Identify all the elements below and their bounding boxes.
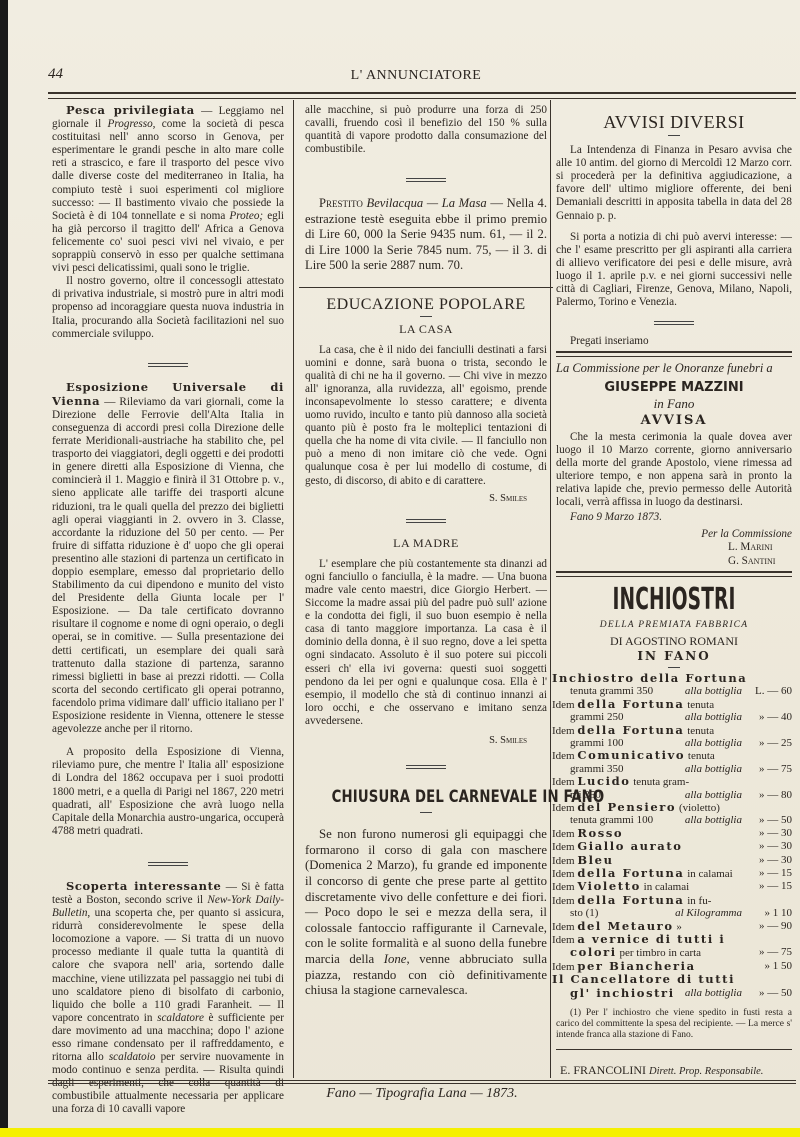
item-price: » — 40: [748, 711, 792, 723]
currency-mark: »: [765, 960, 771, 972]
item-prefix: Idem: [552, 725, 575, 737]
currency-mark: »: [759, 737, 765, 749]
item-label: Idem Giallo aurato: [552, 840, 683, 853]
currency-mark: »: [759, 867, 765, 879]
notice-text: Che la mesta cerimonia la quale dovea av…: [556, 431, 792, 510]
section-title: CHIUSURA DEL CARNEVALE IN FANO: [332, 791, 521, 804]
advert-maker: DI AGOSTINO ROMANI: [556, 635, 792, 648]
item-suffix: (violetto): [679, 802, 720, 814]
item-price: » — 15: [748, 880, 792, 893]
currency-mark: »: [759, 987, 765, 999]
item-price: » 1 10: [748, 907, 792, 919]
author-signature: S. Smiles: [305, 492, 547, 505]
price-value: — 80: [767, 789, 792, 801]
item-detail: gl' inchiostri: [552, 987, 675, 1000]
ink-name: Il Cancellatore di tutti: [552, 972, 735, 986]
ink-name: del Pensiero: [577, 800, 676, 814]
item-unit-price: alla bottiglia» — 80: [685, 789, 792, 801]
item-unit: alla bottiglia: [685, 789, 742, 801]
notice-mazzini: Pregati inseriamo La Commissione per le …: [556, 335, 792, 576]
price-value: — 75: [767, 763, 792, 775]
item-price: » — 90: [748, 920, 792, 933]
price-list: Inchiostro della Fortunatenuta grammi 35…: [552, 672, 792, 1000]
price-list-item: Idem Lucido tenuta gram-mi 350alla botti…: [552, 775, 792, 801]
currency-mark: »: [759, 789, 765, 801]
price-value: — 50: [767, 987, 792, 999]
masthead: L' ANNUNCIATORE: [40, 68, 792, 84]
section-title: EDUCAZIONE POPOLARE: [305, 298, 547, 311]
item-prefix: Idem: [552, 828, 575, 840]
price-value: — 40: [767, 711, 792, 723]
advert-inchiostri: INCHIOSTRI DELLA PREMIATA FABBRICA DI AG…: [556, 583, 792, 1079]
item-unit: alla bottiglia: [685, 737, 742, 749]
item-detail-text: colori: [570, 945, 617, 959]
price-value: 1 50: [773, 960, 792, 972]
item-label: Idem Bleu: [552, 854, 614, 867]
price-list-item: Idem Giallo aurato» — 30: [552, 840, 792, 853]
item-suffix: in calamai: [644, 881, 690, 893]
price-value: — 30: [767, 840, 792, 852]
item-suffix: »: [676, 921, 682, 933]
item-prefix: Idem: [552, 841, 575, 853]
ink-name: della Fortuna: [577, 893, 684, 907]
currency-mark: »: [759, 920, 765, 932]
price-list-item: Idem del Metauro »» — 90: [552, 920, 792, 933]
item-suffix: in fu-: [687, 895, 711, 907]
currency-mark: »: [765, 907, 771, 919]
commission-line: La Commissione per le Onoranze funebri a: [556, 362, 792, 375]
item-label: Idem della Fortuna in calamai: [552, 867, 733, 880]
item-unit-price: » — 75: [748, 946, 792, 959]
currency-mark: L.: [755, 685, 764, 697]
item-suffix: tenuta: [687, 699, 714, 711]
column-rule: [550, 100, 551, 1078]
item-label: Idem del Pensiero (violetto): [552, 801, 720, 814]
item-label: Idem Lucido tenuta gram-: [552, 775, 689, 788]
column-rule: [293, 100, 294, 1078]
item-unit: alla bottiglia: [685, 814, 742, 826]
article-text: La casa, che è il nido dei fanciulli des…: [305, 344, 547, 488]
director-role: Dirett. Prop. Responsabile.: [649, 1066, 763, 1077]
ink-name: della Fortuna: [577, 723, 684, 737]
ink-name: a vernice di tutti i: [577, 932, 725, 946]
currency-mark: »: [759, 827, 765, 839]
item-detail-text: sto (1): [570, 907, 598, 919]
item-detail-text: gl' inchiostri: [570, 986, 675, 1000]
advert-footnote: (1) Per l' inchiostro che viene spedito …: [556, 1008, 792, 1041]
article-title: Scoperta interessante: [66, 879, 221, 893]
term: scaldatoio: [109, 1051, 156, 1063]
article-vienna: Esposizione Universale di Vienna — Rilev…: [52, 381, 284, 838]
item-label: Il Cancellatore di tutti: [552, 973, 735, 986]
item-label: Idem della Fortuna tenuta: [552, 698, 714, 711]
item-suffix: tenuta: [688, 750, 715, 762]
source-name: Progresso,: [108, 118, 156, 130]
section-title: AVVISI DIVERSI: [556, 116, 792, 129]
price-list-item: Idem a vernice di tutti icolori per timb…: [552, 933, 792, 960]
item-suffix: tenuta: [687, 725, 714, 737]
signer: G. Santini: [556, 555, 792, 568]
item-unit: alla bottiglia: [685, 987, 742, 1000]
article-prestito: Prestito Bevilacqua — La Masa — Nella 4.…: [305, 196, 547, 273]
ink-name: della Fortuna: [577, 866, 684, 880]
item-detail-text: grammi 350: [570, 763, 623, 775]
article-text: A proposito della Esposizione di Vienna,…: [52, 746, 284, 838]
item-label: Idem della Fortuna tenuta: [552, 724, 714, 737]
item-unit: alla bottiglia: [685, 685, 742, 697]
article-text: una scoperta che, per quanto si assicura…: [52, 907, 284, 1024]
ship-name: Proteo;: [229, 210, 263, 222]
ink-name: Comunicativo: [577, 748, 685, 762]
item-unit-price: alla bottiglia» — 40: [685, 711, 792, 723]
article-text: — Rileviamo da vari giornali, come la Di…: [52, 396, 284, 735]
article-pesca: Pesca privilegiata — Leggiamo nel giorna…: [52, 104, 284, 341]
ink-name: Rosso: [577, 826, 623, 840]
column-3: AVVISI DIVERSI La Intendenza di Finanza …: [556, 100, 792, 1078]
separator: [148, 363, 188, 367]
section-educazione: EDUCAZIONE POPOLARE LA CASA La casa, che…: [305, 298, 547, 747]
article-continuation: alle macchine, si può produrre una forza…: [305, 104, 547, 156]
notice-text: La Intendenza di Finanza in Pesaro avvis…: [556, 144, 792, 223]
price-value: — 15: [767, 867, 792, 879]
ink-name: Violetto: [577, 879, 641, 893]
notice-text: Si porta a notizia di chi può avervi int…: [556, 231, 792, 310]
rule: [556, 1049, 792, 1050]
ink-name: Lucido: [577, 774, 630, 788]
item-label: Idem Violetto in calamai: [552, 880, 689, 893]
avvisa-heading: AVVISA: [556, 414, 792, 427]
notice-date: Fano 9 Marzo 1873.: [556, 511, 792, 524]
price-list-item: Idem del Pensiero (violetto)tenuta gramm…: [552, 801, 792, 827]
item-price: » — 80: [748, 789, 792, 801]
item-label: Inchiostro della Fortuna: [552, 672, 747, 685]
article-text: Il nostro governo, oltre il concessogli …: [52, 275, 284, 340]
item-prefix: Idem: [552, 776, 575, 788]
footer-rule: [48, 1080, 796, 1084]
item-price: » — 30: [748, 840, 792, 853]
item-label: Idem del Metauro »: [552, 920, 682, 933]
currency-mark: »: [759, 814, 765, 826]
opera-name: Ione: [384, 952, 407, 966]
article-text: L' esemplare che più costantemente sta d…: [305, 558, 547, 728]
item-prefix: Idem: [552, 868, 575, 880]
scan-edge: [0, 0, 8, 1128]
item-label: Idem della Fortuna in fu-: [552, 894, 711, 907]
separator: [420, 812, 432, 813]
currency-mark: »: [759, 840, 765, 852]
item-label: Idem a vernice di tutti i: [552, 933, 725, 946]
item-unit: alla bottiglia: [685, 763, 742, 775]
item-unit-price: alla bottiglia» — 50: [685, 987, 792, 1000]
price-list-item: Idem della Fortuna tenutagrammi 250alla …: [552, 698, 792, 724]
item-prefix: Idem: [552, 855, 575, 867]
article-title: Prestito: [319, 196, 363, 210]
price-list-item: Idem Violetto in calamai» — 15: [552, 880, 792, 893]
price-value: — 60: [767, 685, 792, 697]
item-suffix: in calamai: [687, 868, 733, 880]
page-header: 44 L' ANNUNCIATORE: [40, 66, 792, 90]
article-title: Pesca privilegiata: [66, 103, 195, 117]
item-prefix: Idem: [552, 802, 575, 814]
item-suffix: tenuta gram-: [633, 776, 689, 788]
item-detail-text: grammi 250: [570, 711, 623, 723]
item-prefix: Idem: [552, 881, 575, 893]
section-avvisi: AVVISI DIVERSI La Intendenza di Finanza …: [556, 116, 792, 309]
item-prefix: Idem: [552, 699, 575, 711]
item-prefix: Idem: [552, 750, 575, 762]
author-signature: S. Smiles: [305, 734, 547, 747]
separator: [406, 519, 446, 523]
currency-mark: »: [759, 711, 765, 723]
price-value: — 30: [767, 854, 792, 866]
price-value: 1 10: [773, 907, 792, 919]
scan-bottom-strip: [0, 1128, 800, 1137]
article-text: come la società di pesca costituitasi ne…: [52, 118, 284, 222]
item-price: L. — 60: [748, 685, 792, 697]
separator: [420, 316, 432, 317]
item-price: » — 50: [748, 814, 792, 826]
item-price: » — 25: [748, 737, 792, 749]
price-list-item: Idem della Fortuna in fu-sto (1)al Kilog…: [552, 894, 792, 920]
rule: [556, 351, 792, 357]
per-commission: Per la Commissione: [556, 528, 792, 541]
imprint: Fano — Tipografia Lana — 1873.: [48, 1086, 796, 1102]
subsection-title: LA CASA: [305, 323, 547, 336]
rule: [556, 571, 792, 577]
separator: [406, 765, 446, 769]
currency-mark: »: [759, 880, 765, 892]
article-text: Se non furono numerosi gli equipaggi che…: [305, 827, 547, 966]
separator: [148, 862, 188, 866]
currency-mark: »: [759, 763, 765, 775]
pregati-label: Pregati inseriamo: [556, 335, 792, 348]
price-list-item: Inchiostro della Fortunatenuta grammi 35…: [552, 672, 792, 698]
ink-name: Inchiostro della Fortuna: [552, 671, 747, 685]
director-line: E. FRANCOLINI Dirett. Prop. Responsabile…: [556, 1064, 792, 1078]
ink-name: del Metauro: [577, 919, 673, 933]
currency-mark: »: [759, 854, 765, 866]
item-unit-price: al Kilogramma» 1 10: [675, 907, 792, 919]
item-detail-suffix: per timbro in carta: [620, 947, 702, 959]
advert-title: INCHIOSTRI: [601, 583, 747, 617]
price-value: — 30: [767, 827, 792, 839]
item-prefix: Idem: [552, 961, 575, 973]
item-label: Idem per Biancheria: [552, 960, 696, 973]
price-list-item: Idem della Fortuna tenutagrammi 100alla …: [552, 724, 792, 750]
price-list-item: Idem Rosso» — 30: [552, 827, 792, 840]
ink-name: Giallo aurato: [577, 839, 682, 853]
item-unit-price: alla bottiglia» — 75: [685, 763, 792, 775]
item-unit-price: alla bottiglia» — 50: [685, 814, 792, 826]
column-1: Pesca privilegiata — Leggiamo nel giorna…: [52, 100, 284, 1117]
honoree-name: GIUSEPPE MAZZINI: [556, 381, 792, 394]
column-2: alle macchine, si può produrre una forza…: [305, 100, 547, 999]
article-carnevale: CHIUSURA DEL CARNEVALE IN FANO Se non fu…: [305, 791, 547, 999]
price-list-item: Idem Comunicativo tenutagrammi 350alla b…: [552, 749, 792, 775]
term: scaldatore: [157, 1012, 204, 1024]
item-unit: alla bottiglia: [685, 711, 742, 723]
separator: [668, 135, 680, 136]
separator: [668, 667, 680, 668]
ink-name: Bleu: [577, 853, 613, 867]
signer: L. Marini: [556, 541, 792, 554]
price-value: — 50: [767, 814, 792, 826]
advert-place: IN FANO: [556, 650, 792, 663]
item-label: Idem Rosso: [552, 827, 623, 840]
item-price: » — 30: [748, 827, 792, 840]
price-value: — 75: [767, 946, 792, 958]
header-rule: [48, 92, 796, 99]
price-list-item: Idem Bleu» — 30: [552, 854, 792, 867]
item-detail: colori per timbro in carta: [552, 946, 701, 959]
item-price: » — 75: [748, 946, 792, 959]
ink-name: per Biancheria: [577, 959, 695, 973]
item-detail-text: tenuta grammi 100: [570, 814, 653, 826]
separator: [406, 178, 446, 182]
currency-mark: »: [759, 946, 765, 958]
price-value: — 25: [767, 737, 792, 749]
separator: [654, 321, 694, 325]
item-price: » — 30: [748, 854, 792, 867]
item-unit: al Kilogramma: [675, 907, 742, 919]
price-list-item: Il Cancellatore di tuttigl' inchiostrial…: [552, 973, 792, 1000]
section-rule: [299, 287, 553, 288]
price-list-item: Idem della Fortuna in calamai» — 15: [552, 867, 792, 880]
place-line: in Fano: [556, 397, 792, 410]
item-prefix: Idem: [552, 895, 575, 907]
advert-subtitle: DELLA PREMIATA FABBRICA: [556, 619, 792, 632]
subsection-title: LA MADRE: [305, 537, 547, 550]
price-list-item: Idem per Biancheria» 1 50: [552, 960, 792, 973]
item-detail-text: tenuta grammi 350: [570, 685, 653, 697]
item-unit-price: alla bottigliaL. — 60: [685, 685, 792, 697]
item-unit-price: alla bottiglia» — 25: [685, 737, 792, 749]
item-label: Idem Comunicativo tenuta: [552, 749, 715, 762]
item-detail-text: grammi 100: [570, 737, 623, 749]
ink-name: della Fortuna: [577, 697, 684, 711]
item-detail-text: mi 350: [570, 789, 601, 801]
item-price: » 1 50: [748, 960, 792, 973]
price-value: — 90: [767, 920, 792, 932]
item-prefix: Idem: [552, 921, 575, 933]
item-price: » — 50: [748, 987, 792, 1000]
item-prefix: Idem: [552, 934, 575, 946]
price-value: — 15: [767, 880, 792, 892]
item-price: » — 15: [748, 867, 792, 880]
loan-name: Bevilacqua — La Masa: [367, 196, 487, 210]
item-price: » — 75: [748, 763, 792, 775]
director-name: E. FRANCOLINI: [560, 1063, 646, 1077]
